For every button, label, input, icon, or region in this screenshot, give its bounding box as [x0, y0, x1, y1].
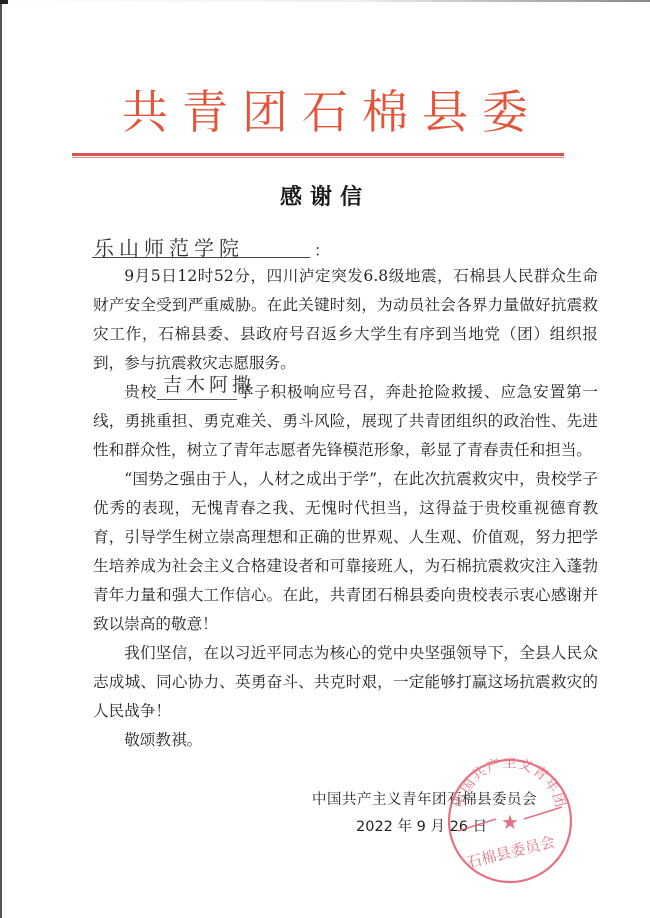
paragraph-closing: 敬颂教祺。 [93, 726, 598, 755]
scan-edge-left [0, 0, 2, 918]
letterhead-title: 共青团石棉县委 [72, 87, 592, 137]
student-name-handwritten: 吉木阿撒 [163, 371, 255, 400]
letterhead-rule-thin [72, 157, 564, 158]
student-name-field: 吉木阿撒 [157, 379, 237, 400]
paragraph-1: 9月5日12时52分，四川泸定突发6.8级地震，石棉县人民群众生命财产安全受到严… [93, 262, 598, 378]
paragraph-2: 贵校吉木阿撒学子积极响应号召，奔赴抢险救援、应急安置第一线，勇挑重担、勇克难关、… [93, 378, 598, 465]
seal-star: ★ [501, 810, 519, 834]
seal-bottom-text: 石棉县委员会 [465, 833, 557, 872]
scan-edge-top [0, 0, 650, 2]
svg-text:中国共产主义青年团: 中国共产主义青年团 [451, 757, 568, 810]
salutation-colon: ： [314, 238, 330, 261]
letter-body: 9月5日12时52分，四川泸定突发6.8级地震，石棉县人民群众生命财产安全受到严… [93, 262, 598, 755]
document-title: 感谢信 [0, 180, 650, 211]
recipient-underline [92, 257, 310, 258]
seal-arc-text: 中国共产主义青年团 [451, 757, 568, 810]
paragraph-3: “国势之强由于人，人材之成出于学”，在此次抗震救灾中，贵校学子优秀的表现，无愧青… [93, 465, 598, 639]
paragraph-2-prefix: 贵校 [124, 383, 157, 401]
scan-edge-corner [0, 0, 8, 4]
letterhead-rule-thick [72, 153, 564, 156]
salutation: 乐山师范学院 ： [92, 230, 332, 260]
official-seal-icon: 中国共产主义青年团 ★ 石棉县委员会 [446, 757, 574, 885]
paragraph-4: 我们坚信，在以习近平同志为核心的党中央坚强领导下，全县人民众志成城、同心协力、英… [93, 639, 598, 726]
